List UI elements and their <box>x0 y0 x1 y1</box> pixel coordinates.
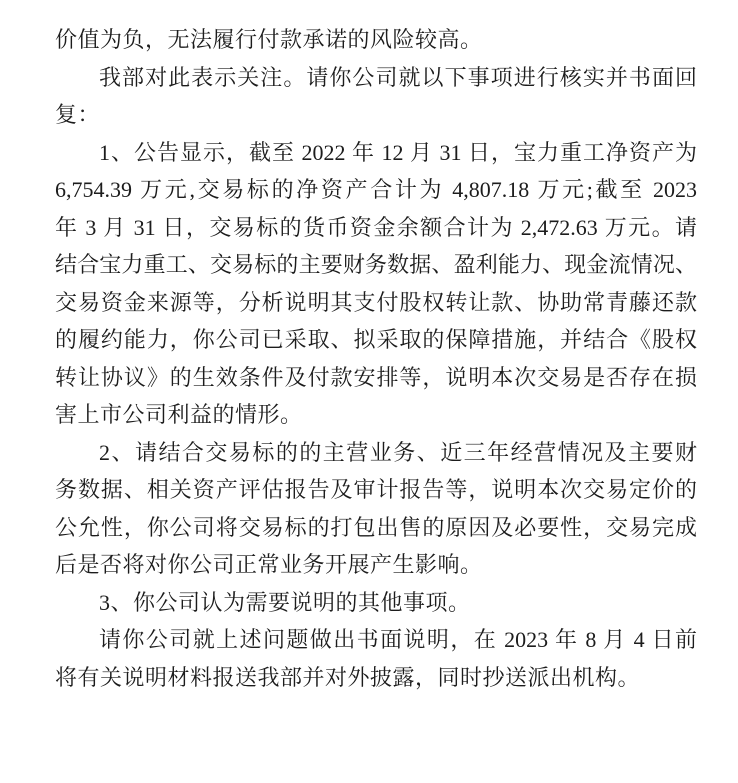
text-line: 6,754.39 万元,交易标的净资产合计为 4,807.18 万元;截至 20… <box>55 171 697 209</box>
text-line: 复： <box>55 96 697 134</box>
text-line: 3、你公司认为需要说明的其他事项。 <box>55 584 697 622</box>
text-line: 交易资金来源等，分析说明其支付股权转让款、协助常青藤还款 <box>55 284 697 322</box>
text-line: 请你公司就上述问题做出书面说明，在 2023 年 8 月 4 日前 <box>55 621 697 659</box>
text-line: 将有关说明材料报送我部并对外披露，同时抄送派出机构。 <box>55 659 697 697</box>
text-line: 结合宝力重工、交易标的主要财务数据、盈利能力、现金流情况、 <box>55 246 697 284</box>
text-line: 年 3 月 31 日，交易标的货币资金余额合计为 2,472.63 万元。请 <box>55 209 697 247</box>
text-line: 1、公告显示，截至 2022 年 12 月 31 日，宝力重工净资产为 <box>55 134 697 172</box>
text-line: 我部对此表示关注。请你公司就以下事项进行核实并书面回 <box>55 59 697 97</box>
text-line: 的履约能力，你公司已采取、拟采取的保障措施，并结合《股权 <box>55 321 697 359</box>
text-line: 公允性，你公司将交易标的打包出售的原因及必要性，交易完成 <box>55 509 697 547</box>
text-line: 转让协议》的生效条件及付款安排等，说明本次交易是否存在损 <box>55 359 697 397</box>
text-line: 害上市公司利益的情形。 <box>55 396 697 434</box>
document-body: 价值为负，无法履行付款承诺的风险较高。我部对此表示关注。请你公司就以下事项进行核… <box>55 21 697 696</box>
document-page: 价值为负，无法履行付款承诺的风险较高。我部对此表示关注。请你公司就以下事项进行核… <box>0 0 738 783</box>
text-line: 务数据、相关资产评估报告及审计报告等，说明本次交易定价的 <box>55 471 697 509</box>
text-line: 价值为负，无法履行付款承诺的风险较高。 <box>55 21 697 59</box>
text-line: 2、请结合交易标的的主营业务、近三年经营情况及主要财 <box>55 434 697 472</box>
text-line: 后是否将对你公司正常业务开展产生影响。 <box>55 546 697 584</box>
